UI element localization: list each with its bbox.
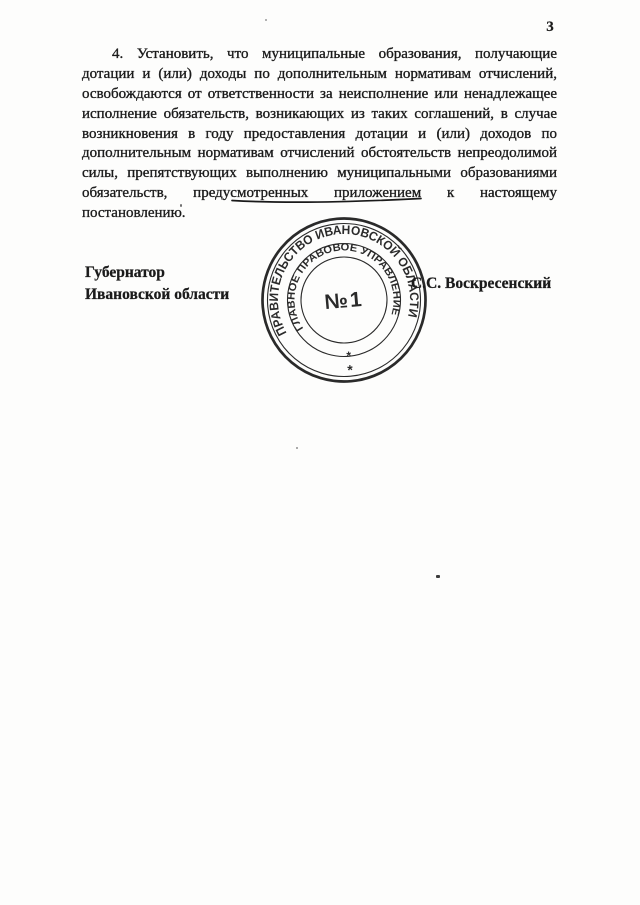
paragraph-line: дотации и (или) доходы по дополнительным… [82, 65, 557, 85]
paragraph-line: дополнительным нормативам отчислений обс… [82, 144, 557, 164]
paragraph-line: 4. Установить, что муниципальные образов… [82, 45, 557, 65]
body-paragraph: 4. Установить, что муниципальные образов… [82, 45, 557, 224]
scan-artifact-dot [296, 447, 298, 449]
paragraph-line: обязательств, предусмотренных приложение… [82, 184, 557, 204]
stamp-outer-ring-text: ПРАВИТЕЛЬСТВО ИВАНОВСКОЙ ОБЛАСТИ [261, 217, 424, 339]
paragraph-line: освобождаются от ответственности за неис… [82, 85, 557, 105]
stamp-group: ПРАВИТЕЛЬСТВО ИВАНОВСКОЙ ОБЛАСТИ ГЛАВНОЕ… [256, 212, 433, 389]
official-round-stamp: ПРАВИТЕЛЬСТВО ИВАНОВСКОЙ ОБЛАСТИ ГЛАВНОЕ… [254, 210, 434, 390]
stamp-center-number: №1 [324, 288, 365, 314]
scan-artifact-dot [436, 575, 440, 578]
page-number: 3 [540, 19, 560, 36]
paragraph-line: силы, препятствующих выполнению муниципа… [82, 164, 557, 184]
signatory-title-line1: Губернатор [85, 262, 229, 284]
paragraph-line: исполнение обязательств, возникающих из … [82, 105, 557, 125]
signatory-title: Губернатор Ивановской области [85, 262, 229, 306]
paragraph-line: возникновения в году предоставления дота… [82, 125, 557, 145]
scan-artifact-dot [180, 204, 182, 207]
document-page: 3 4. Установить, что муниципальные образ… [0, 0, 640, 905]
signatory-title-line2: Ивановской области [85, 284, 229, 306]
scan-artifact-dot [265, 19, 267, 21]
stamp-outer-star: * [347, 361, 354, 377]
